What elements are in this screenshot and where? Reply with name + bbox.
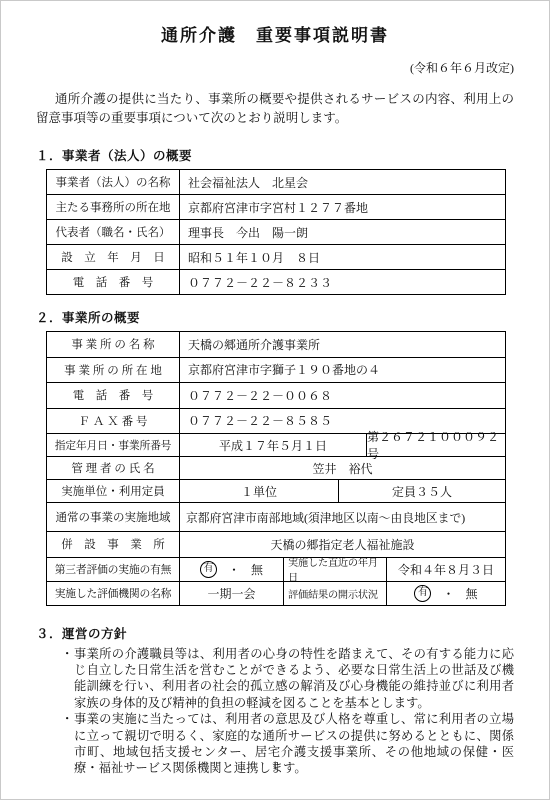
value-cell: 京都府宮津市字宮村１２７７番地 [180, 195, 505, 219]
value-cell: 天橋の郷通所介護事業所 [180, 332, 505, 357]
annex-facility-cell: 天橋の郷指定老人福祉施設 [180, 532, 505, 557]
label-cell: Ｆ Ａ Ｘ 番 号 [47, 409, 180, 434]
unit-cell: １単位 [180, 480, 339, 502]
bullet-text: 事業所の介護職員等は、利用者の心身の特性を踏まえて、その有する能力に応じ自立した… [74, 646, 514, 712]
evaluator-name-cell: 一期一会 [180, 582, 284, 605]
label-cell: 事業者（法人）の名称 [47, 170, 180, 194]
table-row-annex: 併 設 事 業 所 天橋の郷指定老人福祉施設 [47, 532, 505, 558]
dot-separator: ・ [228, 561, 240, 578]
table-row-units: 実施単位・利用定員 １単位 定員３５人 [47, 480, 505, 503]
table-row: 事 業 所 の 名 称 天橋の郷通所介護事業所 [47, 332, 505, 358]
label-cell: 代表者（職名・氏名） [47, 220, 180, 244]
service-area-cell: 京都府宮津市南部地域(須津地区以南～由良地区まで) [180, 503, 505, 531]
label-cell: 事 業 所 の 所 在 地 [47, 358, 180, 383]
table-row: 電 話 番 号 ０７７２－２２－８２３３ [47, 270, 505, 294]
disclosure-yes-no-cell: 有 ・ 無 [387, 582, 505, 605]
label-cell: 電 話 番 号 [47, 383, 180, 408]
section3-heading: ３．運営の方針 [36, 624, 514, 642]
label-cell: 併 設 事 業 所 [47, 532, 180, 557]
label-cell: 第三者評価の実施の有無 [47, 558, 180, 581]
page-number: 1 [1, 758, 549, 773]
evaluation-date-cell: 令和４年８月３日 [387, 558, 505, 581]
office-table: 事 業 所 の 名 称 天橋の郷通所介護事業所 事 業 所 の 所 在 地 京都… [46, 331, 506, 606]
label-cell: 設 立 年 月 日 [47, 245, 180, 269]
page-title: 通所介護 重要事項説明書 [36, 21, 514, 46]
table-row: 主たる事務所の所在地 京都府宮津市字宮村１２７７番地 [47, 195, 505, 220]
label-cell: 指定年月日・事業所番号 [47, 434, 180, 456]
dot-separator: ・ [442, 585, 454, 602]
value-cell: ０７７２－２２－８２３３ [180, 270, 505, 294]
label-cell: 実施単位・利用定員 [47, 480, 180, 502]
value-cell: ０７７２－２２－００６８ [180, 383, 505, 408]
intro-paragraph: 通所介護の提供に当たり、事業所の概要や提供されるサービスの内容、利用上の留意事項… [36, 90, 514, 128]
section1-heading: １．事業者（法人）の概要 [36, 146, 514, 164]
document-page: 通所介護 重要事項説明書 (令和６年６月改定) 通所介護の提供に当たり、事業所の… [0, 0, 550, 800]
list-item: ・ 事業所の介護職員等は、利用者の心身の特性を踏まえて、その有する能力に応じ自立… [61, 646, 514, 712]
value-cell: 理事長 今出 陽一朗 [180, 220, 505, 244]
section2-heading: ２．事業所の概要 [36, 308, 514, 326]
evaluation-yes-no-cell: 有 ・ 無 [180, 558, 284, 581]
value-cell: 社会福祉法人 北星会 [180, 170, 505, 194]
designation-date-cell: 平成１７年５月１日 [180, 434, 367, 456]
table-row-evaluator: 実施した評価機関の名称 一期一会 評価結果の開示状況 有 ・ 無 [47, 582, 505, 605]
office-number-cell: 第２６７２１０００９２号 [367, 434, 505, 456]
label-cell: 電 話 番 号 [47, 270, 180, 294]
provider-table: 事業者（法人）の名称 社会福祉法人 北星会 主たる事務所の所在地 京都府宮津市字… [46, 169, 506, 295]
circled-yes-mark: 有 [200, 561, 217, 578]
table-row-manager: 管 理 者 の 氏 名 笠井 裕代 [47, 457, 505, 480]
label-cell: 主たる事務所の所在地 [47, 195, 180, 219]
no-option: 無 [251, 561, 263, 578]
table-row-evaluation: 第三者評価の実施の有無 有 ・ 無 実施した直近の年月日 令和４年８月３日 [47, 558, 505, 582]
table-row-area: 通常の事業の実施地域 京都府宮津市南部地域(須津地区以南～由良地区まで) [47, 503, 505, 532]
table-row: 事業者（法人）の名称 社会福祉法人 北星会 [47, 170, 505, 195]
disclosure-label-cell: 評価結果の開示状況 [284, 582, 387, 605]
table-row: 電 話 番 号 ０７７２－２２－００６８ [47, 383, 505, 409]
label-cell: 通常の事業の実施地域 [47, 503, 180, 531]
label-cell: 管 理 者 の 氏 名 [47, 457, 180, 479]
table-row: 設 立 年 月 日 昭和５１年１０月 ８日 [47, 245, 505, 270]
table-row: 代表者（職名・氏名） 理事長 今出 陽一朗 [47, 220, 505, 245]
table-row: 事 業 所 の 所 在 地 京都府宮津市字獅子１９０番地の４ [47, 358, 505, 384]
label-cell: 事 業 所 の 名 称 [47, 332, 180, 357]
value-cell: 京都府宮津市字獅子１９０番地の４ [180, 358, 505, 383]
no-option: 無 [466, 585, 478, 602]
bullet-marker: ・ [61, 646, 74, 712]
table-row-designation: 指定年月日・事業所番号 平成１７年５月１日 第２６７２１０００９２号 [47, 434, 505, 457]
revision-note: (令和６年６月改定) [36, 59, 514, 76]
evaluation-date-label-cell: 実施した直近の年月日 [284, 558, 387, 581]
capacity-cell: 定員３５人 [339, 480, 505, 502]
manager-name-cell: 笠井 裕代 [180, 457, 505, 479]
value-cell: 昭和５１年１０月 ８日 [180, 245, 505, 269]
circled-yes-mark: 有 [414, 585, 431, 602]
label-cell: 実施した評価機関の名称 [47, 582, 180, 605]
